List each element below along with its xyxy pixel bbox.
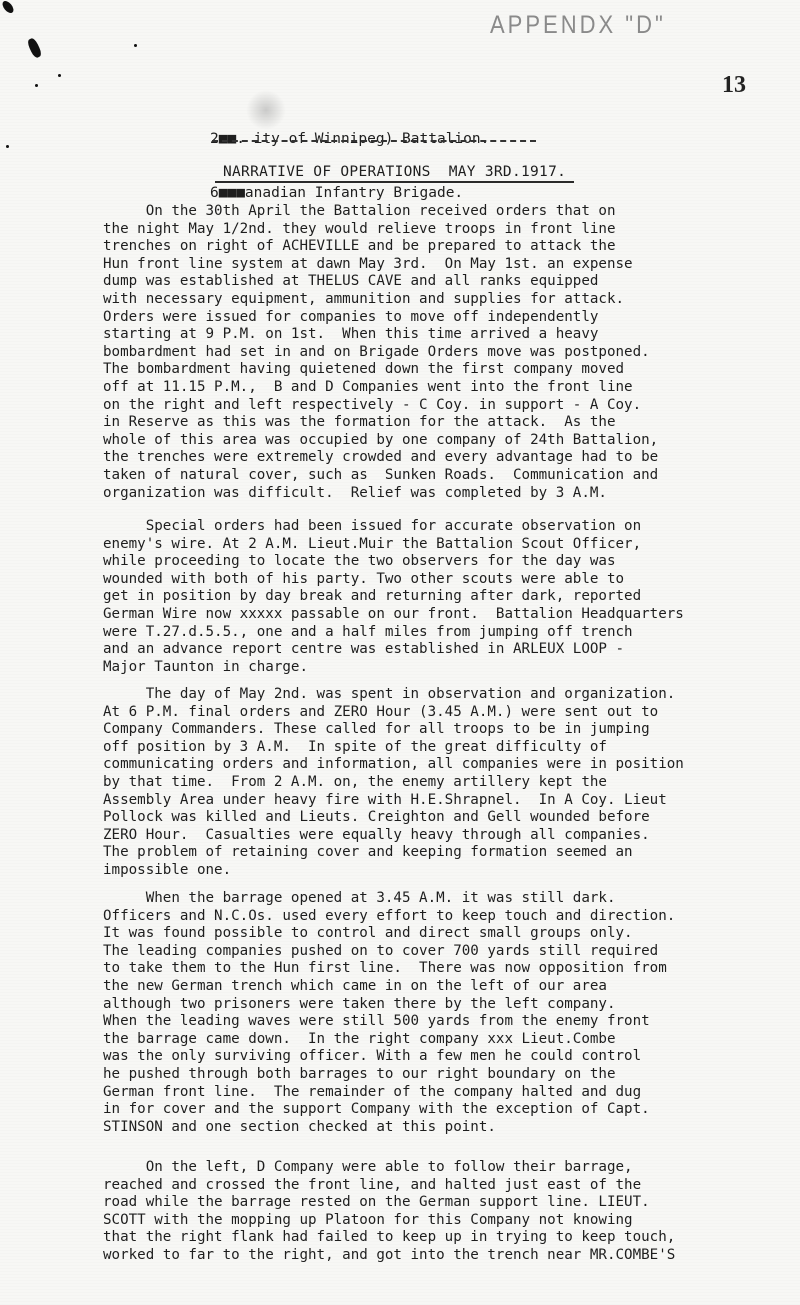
text-line: It was found possible to control and dir…: [103, 925, 793, 943]
text-line: whole of this area was occupied by one c…: [103, 432, 793, 450]
text-line: taken of natural cover, such as Sunken R…: [103, 467, 793, 485]
text-line: On the left, D Company were able to foll…: [103, 1159, 793, 1177]
text-line: that the right flank had failed to keep …: [103, 1229, 793, 1247]
paragraph-4: When the barrage opened at 3.45 A.M. it …: [103, 890, 793, 1136]
text-line: in for cover and the support Company wit…: [103, 1101, 793, 1119]
text-line: enemy's wire. At 2 A.M. Lieut.Muir the B…: [103, 536, 793, 554]
paragraph-1: On the 30th April the Battalion received…: [103, 203, 793, 502]
ink-speck: [35, 84, 38, 87]
text-line: to take them to the Hun first line. Ther…: [103, 960, 793, 978]
text-line: German front line. The remainder of the …: [103, 1084, 793, 1102]
text-line: worked to far to the right, and got into…: [103, 1247, 793, 1265]
page-number: 13: [722, 72, 746, 99]
text-line: on the right and left respectively - C C…: [103, 397, 793, 415]
text-line: although two prisoners were taken there …: [103, 996, 793, 1014]
text-line: wounded with both of his party. Two othe…: [103, 571, 793, 589]
text-line: Pollock was killed and Lieuts. Creighton…: [103, 809, 793, 827]
ink-blot-mark: [0, 0, 15, 15]
ink-blot-mark: [26, 37, 43, 59]
text-line: Major Taunton in charge.: [103, 659, 793, 677]
text-line: road while the barrage rested on the Ger…: [103, 1194, 793, 1212]
text-line: At 6 P.M. final orders and ZERO Hour (3.…: [103, 704, 793, 722]
text-line: he pushed through both barrages to our r…: [103, 1066, 793, 1084]
text-line: in Reserve as this was the formation for…: [103, 414, 793, 432]
text-line: the night May 1/2nd. they would relieve …: [103, 221, 793, 239]
paragraph-2: Special orders had been issued for accur…: [103, 518, 793, 676]
text-line: and an advance report centre was establi…: [103, 641, 793, 659]
text-line: dump was established at THELUS CAVE and …: [103, 273, 793, 291]
text-line: were T.27.d.5.5., one and a half miles f…: [103, 624, 793, 642]
text-line: When the barrage opened at 3.45 A.M. it …: [103, 890, 793, 908]
text-line: was the only surviving officer. With a f…: [103, 1048, 793, 1066]
text-line: off at 11.15 P.M., B and D Companies wen…: [103, 379, 793, 397]
battalion-name: 2■■. ity of Winnipeg) Battalion.: [210, 130, 489, 148]
text-line: Special orders had been issued for accur…: [103, 518, 793, 536]
text-line: The leading companies pushed on to cover…: [103, 943, 793, 961]
ink-speck: [134, 44, 137, 47]
text-line: German Wire now xxxxx passable on our fr…: [103, 606, 793, 624]
text-line: Officers and N.C.Os. used every effort t…: [103, 908, 793, 926]
text-line: communicating orders and information, al…: [103, 756, 793, 774]
text-line: When the leading waves were still 500 ya…: [103, 1013, 793, 1031]
text-line: with necessary equipment, ammunition and…: [103, 291, 793, 309]
text-line: On the 30th April the Battalion received…: [103, 203, 793, 221]
text-line: the barrage came down. In the right comp…: [103, 1031, 793, 1049]
brigade-name: 6■■■anadian Infantry Brigade.: [210, 184, 489, 202]
text-line: The bombardment having quietened down th…: [103, 361, 793, 379]
text-line: off position by 3 A.M. In spite of the g…: [103, 739, 793, 757]
text-line: Company Commanders. These called for all…: [103, 721, 793, 739]
appendix-annotation: APPENDX "D": [490, 10, 666, 40]
text-line: Orders were issued for companies to move…: [103, 309, 793, 327]
document-page: APPENDX "D" 13 2■■. ity of Winnipeg) Bat…: [0, 0, 800, 1305]
text-line: get in position by day break and returni…: [103, 588, 793, 606]
paragraph-3: The day of May 2nd. was spent in observa…: [103, 686, 793, 880]
text-line: organization was difficult. Relief was c…: [103, 485, 793, 503]
ink-speck: [58, 74, 61, 77]
text-line: trenches on right of ACHEVILLE and be pr…: [103, 238, 793, 256]
text-line: the new German trench which came in on t…: [103, 978, 793, 996]
ink-speck: [6, 145, 9, 148]
text-line: STINSON and one section checked at this …: [103, 1119, 793, 1137]
text-line: impossible one.: [103, 862, 793, 880]
text-line: The day of May 2nd. was spent in observa…: [103, 686, 793, 704]
text-line: Assembly Area under heavy fire with H.E.…: [103, 792, 793, 810]
text-line: Hun front line system at dawn May 3rd. O…: [103, 256, 793, 274]
text-line: SCOTT with the mopping up Platoon for th…: [103, 1212, 793, 1230]
paragraph-5: On the left, D Company were able to foll…: [103, 1159, 793, 1265]
text-line: starting at 9 P.M. on 1st. When this tim…: [103, 326, 793, 344]
text-line: bombardment had set in and on Brigade Or…: [103, 344, 793, 362]
text-line: ZERO Hour. Casualties were equally heavy…: [103, 827, 793, 845]
document-title: NARRATIVE OF OPERATIONS MAY 3RD.1917.: [215, 164, 574, 183]
text-line: while proceeding to locate the two obser…: [103, 553, 793, 571]
text-line: by that time. From 2 A.M. on, the enemy …: [103, 774, 793, 792]
text-line: The problem of retaining cover and keepi…: [103, 844, 793, 862]
header-divider: [212, 140, 536, 142]
text-line: the trenches were extremely crowded and …: [103, 449, 793, 467]
text-line: reached and crossed the front line, and …: [103, 1177, 793, 1195]
